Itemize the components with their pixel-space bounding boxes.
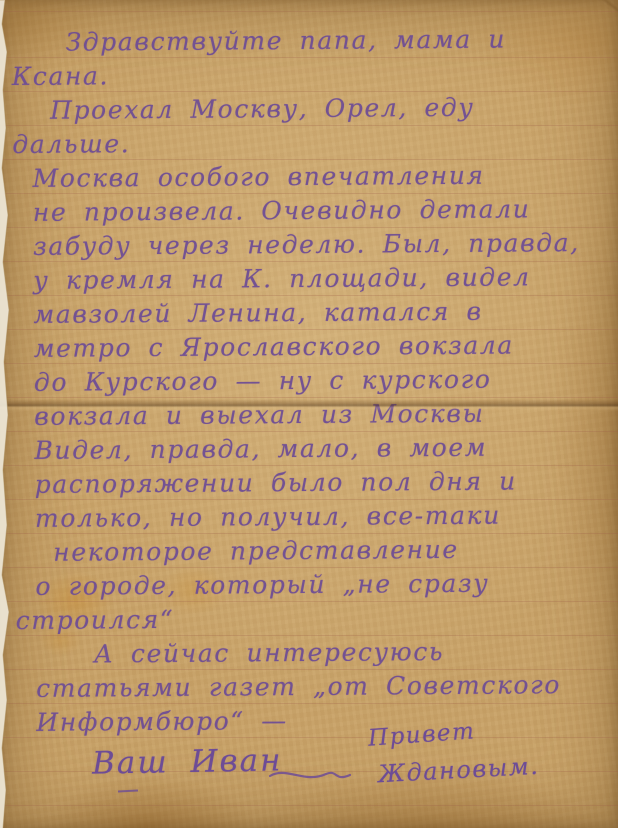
postscript-line-2: Ждановым. (377, 752, 540, 788)
letter-line: Видел, правда, мало, в моем (34, 430, 600, 468)
signature-block: Ваш Иван Привет Ждановым. (0, 728, 618, 818)
signature-name: Ваш Иван (92, 742, 283, 781)
pen-flourish-icon (268, 762, 354, 792)
letter-line: забуду через неделю. Был, правда, (33, 226, 599, 264)
letter-sheet: Здравствуйте папа, мама иКсана.Проехал М… (0, 0, 618, 828)
letter-line: метро с Ярославского вокзала (34, 328, 600, 366)
letter-line: строился“ (16, 600, 602, 638)
letter-line: Москва особого впечатления (32, 158, 598, 196)
underline-stroke (118, 789, 138, 792)
letter-line: Проехал Москву, Орел, еду (50, 90, 598, 128)
letter-line: некоторое представление (53, 532, 601, 570)
letter-line: о городе, который „не сразу (35, 566, 601, 604)
letter-line: у кремля на К. площади, видел (33, 260, 599, 298)
letter-line: статьями газет „от Советского (36, 668, 602, 706)
letter-line: А сейчас интересуюсь (94, 634, 602, 672)
letter-line: дальше. (12, 124, 598, 162)
letter-line: Здравствуйте папа, мама и (66, 22, 598, 60)
letter-line: мавзолей Ленина, катался в (33, 294, 599, 332)
letter-body: Здравствуйте папа, мама иКсана.Проехал М… (0, 22, 602, 740)
letter-line: вокзала и выехал из Москвы (34, 396, 600, 434)
letter-line: только, но получил, все-таки (35, 498, 601, 536)
letter-line: до Курского — ну с курского (34, 362, 600, 400)
letter-line: Ксана. (12, 56, 598, 94)
letter-line: не произвела. Очевидно детали (33, 192, 599, 230)
letter-line: распоряжении было пол дня и (35, 464, 601, 502)
